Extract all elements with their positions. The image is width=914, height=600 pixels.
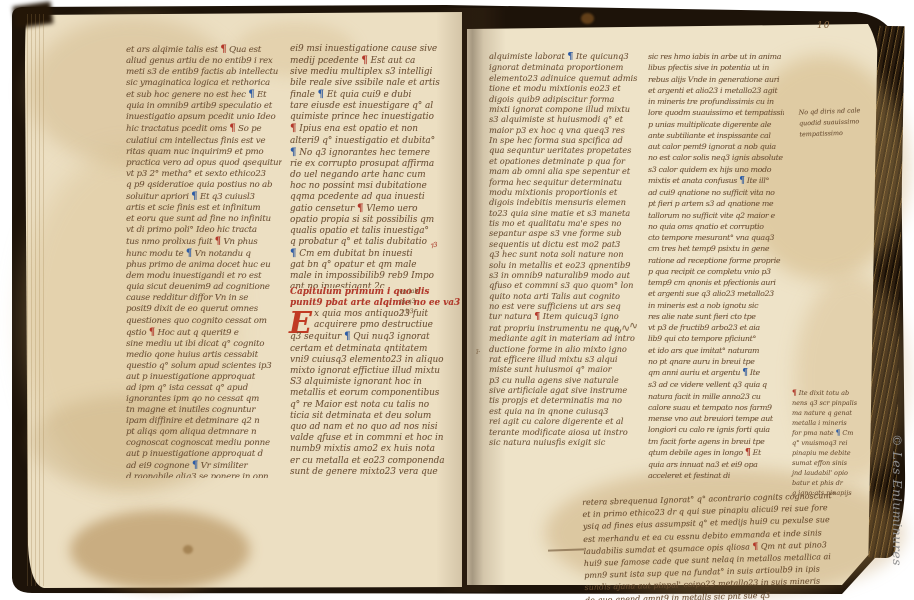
gutter-paragraph-mark: ī· [476,348,480,356]
copyright-watermark: © Les Enluminures [890,434,905,566]
folio-number: 10 [817,21,830,31]
margin-note-side: ¶ Ite dixit totu abnens q3 scr pinpalism… [792,388,874,498]
left-page-column-2-upper: ei9 msi inuestigatione cause sivemedij p… [290,44,456,288]
ink-blot [581,13,594,24]
ink-blot [183,545,193,554]
left-page-column-1: et ars alqimie talis est ¶ Qua estaliud … [126,44,282,478]
margin-note-top: No qd diris nd calequodid suauissimotemp… [798,105,879,141]
left-page-gutter-note: vn labla q3⁊ b3 [399,284,453,318]
parchment-stain [70,510,250,590]
manuscript-photo: et ars alqimie talis est ¶ Qua estaliud … [0,0,914,600]
red-gutter-gloss: ⁊3 [429,240,438,249]
right-page-column-1: alquimiste laborat ¶ Ite quicunq3ignorat… [489,51,639,447]
bottom-annotation-block: retera sbrequenua Ignorat° q° acontrario… [582,488,909,600]
right-page-column-2: sic res hmo iabis in arbe ut in animalib… [648,51,784,481]
left-page-column-2-lower: x quia mos antiquo23 fuitacquirere pmo d… [290,309,456,479]
